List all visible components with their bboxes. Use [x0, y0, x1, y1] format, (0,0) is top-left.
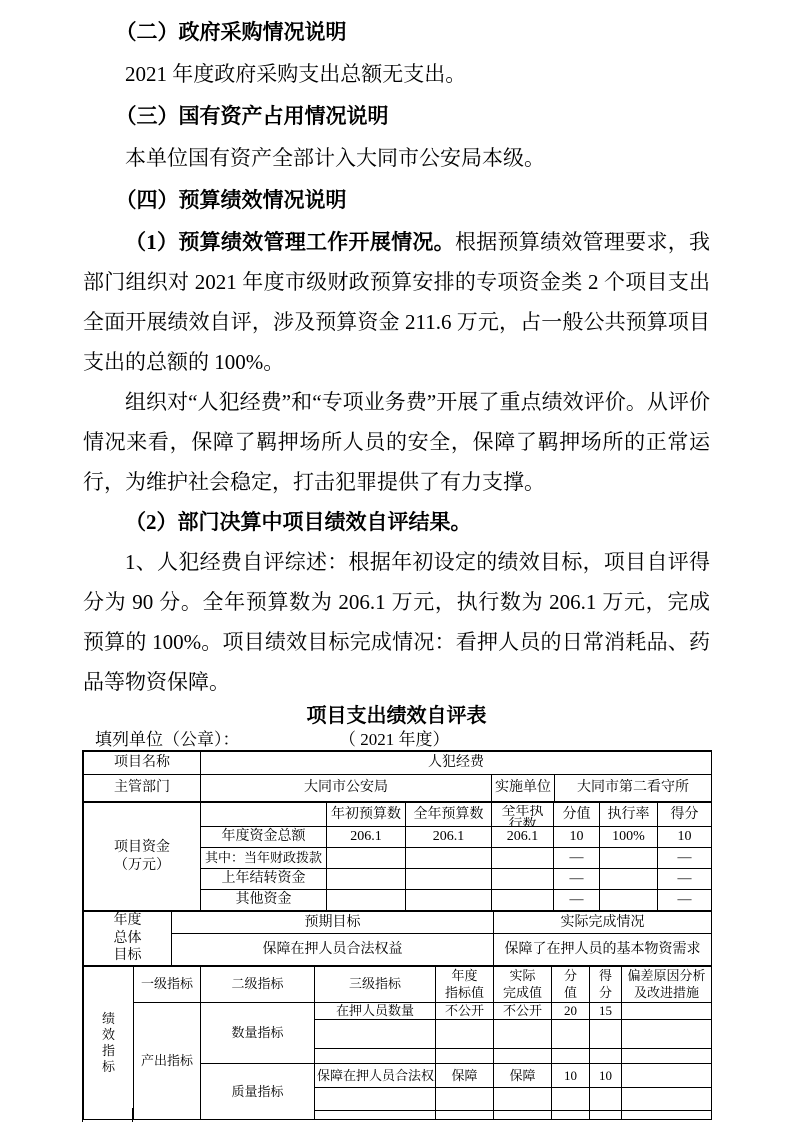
table-section-funds: 项目资金 （万元） 年初预算数 全年预算数 全年执行数 分值 执行率 得分 年度…: [83, 802, 712, 911]
level1-output-indicator: 产出指标: [134, 1003, 201, 1120]
fund-row-label: 其中：当年财政拨款: [201, 848, 327, 869]
para-state-assets: 本单位国有资产全部计入大同市公安局本级。: [83, 138, 710, 178]
para-self-eval-result: （2）部门决算中项目绩效自评结果。: [83, 502, 710, 542]
fund-cell: 10: [554, 827, 600, 848]
table-row: 项目名称 人犯经费: [84, 752, 712, 775]
header-level1: 一级指标: [134, 967, 201, 1003]
table-row: 保障在押人员合法权益 保障了在押人员的基本物资需求: [84, 934, 712, 966]
para-performance-management: （1）预算绩效管理工作开展情况。根据预算绩效管理要求，我部门组织对 2021 年…: [83, 222, 710, 382]
fund-header-exec-rate: 执行率: [600, 803, 658, 827]
indicator-target: 保障: [436, 1064, 494, 1088]
header-actual-value: 实际 完成值: [494, 967, 552, 1003]
fund-header-annual-exec: 全年执行数: [492, 803, 554, 827]
fund-cell: —: [658, 869, 712, 890]
para-key-evaluation: 组织对“人犯经费”和“专项业务费”开展了重点绩效评价。从评价情况来看，保障了羁押…: [83, 382, 710, 502]
fund-header-points: 分值: [554, 803, 600, 827]
indicator-target: [436, 1111, 494, 1120]
indicator-actual: 保障: [494, 1064, 552, 1088]
para-procurement: 2021 年度政府采购支出总额无支出。: [83, 54, 710, 94]
indicator-target: 不公开: [436, 1003, 494, 1020]
dept-value: 大同市公安局: [201, 775, 492, 802]
level2-quality-indicator: 质量指标: [201, 1064, 315, 1120]
fund-header-initial-budget: 年初预算数: [327, 803, 406, 827]
indicator-score: [590, 1020, 622, 1049]
level2-quantity-indicator: 数量指标: [201, 1003, 315, 1064]
indicator-actual: [494, 1049, 552, 1064]
fund-cell: —: [554, 890, 600, 911]
indicator-name: [315, 1049, 436, 1064]
fund-cell: 10: [658, 827, 712, 848]
fund-row-label: 上年结转资金: [201, 869, 327, 890]
fund-cell: [492, 848, 554, 869]
impl-unit-label: 实施单位: [492, 775, 555, 802]
fund-cell: [406, 890, 492, 911]
fund-cell: 206.1: [327, 827, 406, 848]
table-section-annual-goal: 年度 总体 目标 预期目标 实际完成情况 保障在押人员合法权益 保障了在押人员的…: [83, 911, 712, 966]
fund-cell: —: [554, 869, 600, 890]
fund-header-score: 得分: [658, 803, 712, 827]
fund-cell: 100%: [600, 827, 658, 848]
indicator-points: [552, 1088, 590, 1111]
impl-unit-value: 大同市第二看守所: [555, 775, 712, 802]
dept-label: 主管部门: [84, 775, 201, 802]
indicator-target: [436, 1020, 494, 1049]
fund-section-label: 项目资金 （万元）: [84, 803, 201, 911]
table-section-indicators: 绩 效 指 标 一级指标 二级指标 三级指标 年度 指标值 实际 完成值 分 值…: [83, 966, 712, 1120]
indicator-actual: [494, 1020, 552, 1049]
indicator-actual: [494, 1088, 552, 1111]
table-row: 项目资金 （万元） 年初预算数 全年预算数 全年执行数 分值 执行率 得分: [84, 803, 712, 827]
indicator-score: [590, 1111, 622, 1120]
indicator-target: [436, 1049, 494, 1064]
indicator-points: [552, 1049, 590, 1064]
table-subtitle: 填列单位（公章）： （ 2021 年度）: [83, 728, 710, 752]
expected-goal-header: 预期目标: [172, 912, 494, 934]
indicator-deviation: [622, 1049, 712, 1064]
indicator-name: 保障在押人员合法权益: [315, 1064, 436, 1088]
indicator-deviation: [622, 1088, 712, 1111]
header-annual-target: 年度 指标值: [436, 967, 494, 1003]
indicator-section-label: 绩 效 指 标: [84, 967, 134, 1120]
project-name-value: 人犯经费: [201, 752, 712, 775]
para-lead-bold: （1）预算绩效管理工作开展情况。: [125, 230, 455, 254]
heading-budget-performance: （四）预算绩效情况说明: [83, 180, 710, 220]
table-row: 产出指标 数量指标 在押人员数量 不公开 不公开 20 15: [84, 1003, 712, 1020]
expected-goal-value: 保障在押人员合法权益: [172, 934, 494, 966]
fund-cell: —: [658, 890, 712, 911]
fund-cell: 206.1: [406, 827, 492, 848]
indicator-points: 20: [552, 1003, 590, 1020]
indicator-deviation: [622, 1020, 712, 1049]
empty-cell: [201, 803, 327, 827]
header-score: 得 分: [590, 967, 622, 1003]
indicator-deviation: [622, 1064, 712, 1088]
self-eval-table: 项目名称 人犯经费 主管部门 大同市公安局 实施单位 大同市第二看守所 项目资金…: [82, 750, 712, 1120]
indicator-score: [590, 1088, 622, 1111]
heading-procurement: （二）政府采购情况说明: [83, 12, 710, 52]
indicator-actual: 不公开: [494, 1003, 552, 1020]
project-name-label: 项目名称: [84, 752, 201, 775]
fund-cell: [600, 848, 658, 869]
header-deviation: 偏差原因分析 及改进措施: [622, 967, 712, 1003]
indicator-points: 10: [552, 1064, 590, 1088]
indicator-actual: [494, 1111, 552, 1120]
indicator-name: [315, 1111, 436, 1120]
fund-cell: [492, 869, 554, 890]
actual-result-header: 实际完成情况: [494, 912, 712, 934]
document-body: （二）政府采购情况说明 2021 年度政府采购支出总额无支出。 （三）国有资产占…: [0, 0, 793, 702]
fund-row-label: 年度资金总额: [201, 827, 327, 848]
table-row: 年度 总体 目标 预期目标 实际完成情况: [84, 912, 712, 934]
fund-cell: [600, 869, 658, 890]
fund-cell: [327, 848, 406, 869]
actual-result-value: 保障了在押人员的基本物资需求: [494, 934, 712, 966]
fund-header-annual-budget: 全年预算数: [406, 803, 492, 827]
fund-cell: [600, 890, 658, 911]
fund-row-label: 其他资金: [201, 890, 327, 911]
indicator-deviation: [622, 1003, 712, 1020]
table-border-stub-col1: [132, 1108, 133, 1122]
indicator-score: 10: [590, 1064, 622, 1088]
header-points: 分 值: [552, 967, 590, 1003]
indicator-points: [552, 1111, 590, 1120]
table-year-label: （ 2021 年度）: [339, 728, 450, 752]
fund-cell: [327, 869, 406, 890]
table-border-stub-left: [82, 1108, 83, 1122]
indicator-name: [315, 1088, 436, 1111]
fund-cell: —: [658, 848, 712, 869]
fund-cell: [406, 869, 492, 890]
header-level2: 二级指标: [201, 967, 315, 1003]
indicator-score: [590, 1049, 622, 1064]
heading-state-assets: （三）国有资产占用情况说明: [83, 96, 710, 136]
fund-cell: 206.1: [492, 827, 554, 848]
table-row: 主管部门 大同市公安局 实施单位 大同市第二看守所: [84, 775, 712, 802]
indicator-name: [315, 1020, 436, 1049]
table-title: 项目支出绩效自评表: [83, 704, 710, 728]
indicator-deviation: [622, 1111, 712, 1120]
indicator-points: [552, 1020, 590, 1049]
fund-cell: [327, 890, 406, 911]
indicator-target: [436, 1088, 494, 1111]
annual-goal-label: 年度 总体 目标: [84, 912, 172, 966]
header-level3: 三级指标: [315, 967, 436, 1003]
table-row: 绩 效 指 标 一级指标 二级指标 三级指标 年度 指标值 实际 完成值 分 值…: [84, 967, 712, 1003]
fund-cell: [492, 890, 554, 911]
indicator-score: 15: [590, 1003, 622, 1020]
fund-cell: —: [554, 848, 600, 869]
fill-unit-label: 填列单位（公章）：: [95, 728, 240, 752]
para-fund-self-eval: 1、人犯经费自评综述：根据年初设定的绩效目标，项目自评得分为 90 分。全年预算…: [83, 542, 710, 702]
fund-cell: [406, 848, 492, 869]
indicator-name: 在押人员数量: [315, 1003, 436, 1020]
table-section-info: 项目名称 人犯经费 主管部门 大同市公安局 实施单位 大同市第二看守所: [83, 751, 712, 802]
page: （二）政府采购情况说明 2021 年度政府采购支出总额无支出。 （三）国有资产占…: [0, 0, 793, 1122]
